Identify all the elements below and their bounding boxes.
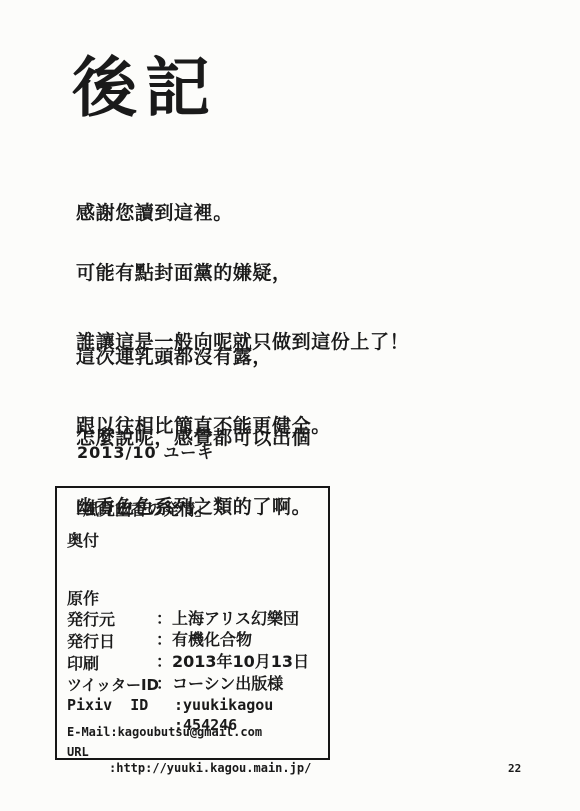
page-number: 22 <box>508 762 521 775</box>
colophon-credit-row: 原作 ：上海アリス幻樂団 <box>57 569 328 589</box>
colophon-work-title: 「風見幽香の発情」 <box>67 500 211 520</box>
url-value: :http://yuuki.kagou.main.jp/ <box>109 760 311 776</box>
afterword-page: 後記 感謝您讀到這裡。 可能有點封面黨的嫌疑， 誰讓這是一般向呢就只做到這份上了… <box>0 0 580 811</box>
colophon-heading: 奥付 <box>67 531 99 551</box>
twitter-id-value: :yuukikagou <box>174 695 273 715</box>
afterword-title: 後記 <box>72 56 218 121</box>
email-value: :kagoubutsu@gmail.com <box>110 725 262 739</box>
colophon-box: 「風見幽香の発情」 奥付 原作 ：上海アリス幻樂団 発行元 ：有機化合物 発行日… <box>55 486 330 760</box>
url-label: URL <box>67 744 89 760</box>
colophon-credit-row: 印刷 ：コーシン出版様 <box>57 634 328 654</box>
paragraph-line: 可能有點封面黨的嫌疑， <box>76 262 409 285</box>
colophon-contact-row: URL :http://yuuki.kagou.main.jp/ <box>57 728 82 792</box>
date-signature: 2013/10 ユーキ <box>77 440 214 463</box>
colophon-credit-row: 発行日 ：2013年10月13日 <box>57 612 328 632</box>
email-line: E-Mail:kagoubutsu@gmail.com <box>67 724 262 740</box>
credit-value: ：コーシン出版様 <box>156 674 283 694</box>
credit-value: ：2013年10月13日 <box>156 652 309 672</box>
paragraph-line: 這次連乳頭都沒有露， <box>76 346 331 369</box>
colophon-credit-row: 発行元 ：有機化合物 <box>57 590 328 610</box>
